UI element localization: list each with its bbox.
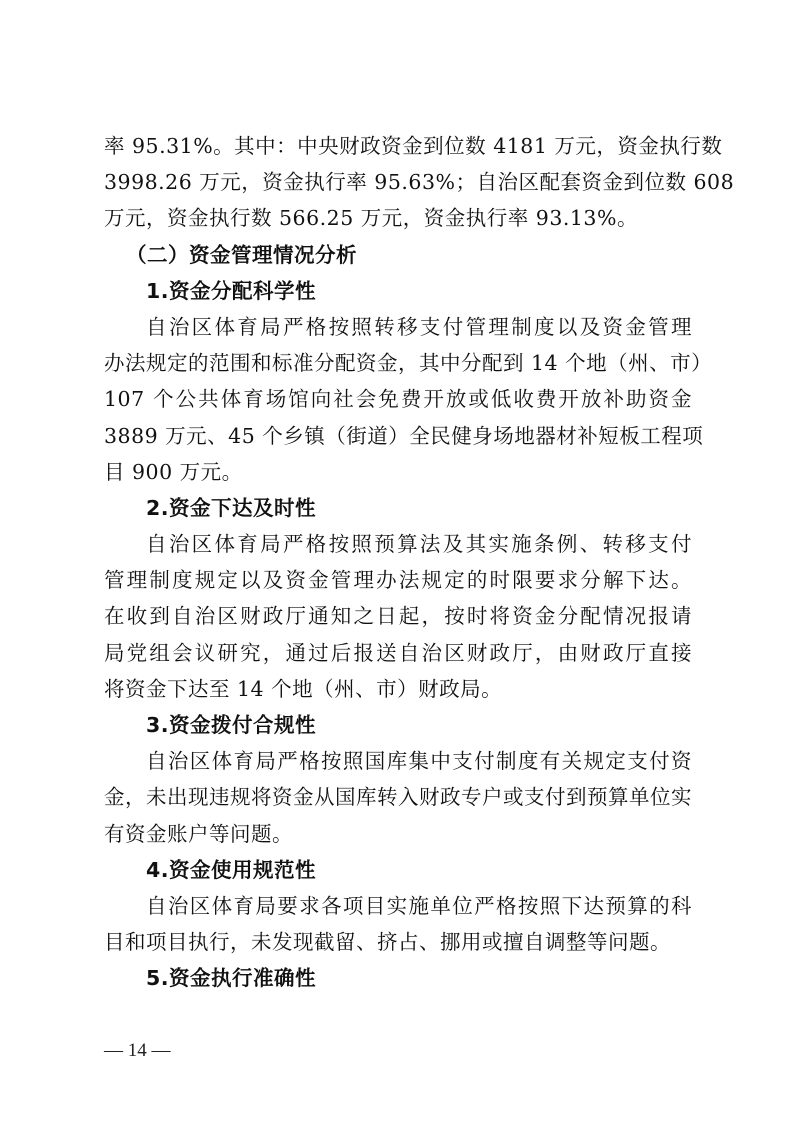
paragraph-line: 目和项目执行，未发现截留、挤占、挪用或擅自调整等问题。 bbox=[104, 924, 692, 960]
paragraph-line: 自治区体育局严格按照转移支付管理制度以及资金管理 bbox=[104, 309, 692, 345]
paragraph-line: 自治区体育局要求各项目实施单位严格按照下达预算的科 bbox=[104, 888, 692, 924]
page-number: — 14 — bbox=[104, 1040, 171, 1062]
paragraph-line: 有资金账户等问题。 bbox=[104, 816, 692, 852]
paragraph-line: 目 900 万元。 bbox=[104, 454, 692, 490]
paragraph-line: 管理制度规定以及资金管理办法规定的时限要求分解下达。 bbox=[104, 562, 692, 598]
subsection-heading-3: 3.资金拨付合规性 bbox=[104, 707, 692, 743]
paragraph-line: 万元，资金执行数 566.25 万元，资金执行率 93.13%。 bbox=[104, 200, 692, 236]
paragraph-line: 3889 万元、45 个乡镇（街道）全民健身场地器材补短板工程项 bbox=[104, 418, 692, 454]
subsection-heading-2: 2.资金下达及时性 bbox=[104, 490, 692, 526]
subsection-heading-5: 5.资金执行准确性 bbox=[104, 960, 692, 996]
paragraph-line: 自治区体育局严格按照国库集中支付制度有关规定支付资 bbox=[104, 743, 692, 779]
paragraph-line: 率 95.31%。其中：中央财政资金到位数 4181 万元，资金执行数 bbox=[104, 128, 692, 164]
section-heading: （二）资金管理情况分析 bbox=[104, 237, 692, 273]
paragraph-line: 局党组会议研究，通过后报送自治区财政厅，由财政厅直接 bbox=[104, 635, 692, 671]
subsection-heading-1: 1.资金分配科学性 bbox=[104, 273, 692, 309]
paragraph-line: 在收到自治区财政厅通知之日起，按时将资金分配情况报请 bbox=[104, 598, 692, 634]
paragraph-line: 自治区体育局严格按照预算法及其实施条例、转移支付 bbox=[104, 526, 692, 562]
paragraph-line: 办法规定的范围和标准分配资金，其中分配到 14 个地（州、市） bbox=[104, 345, 692, 381]
subsection-heading-4: 4.资金使用规范性 bbox=[104, 852, 692, 888]
paragraph-line: 将资金下达至 14 个地（州、市）财政局。 bbox=[104, 671, 692, 707]
document-body: 率 95.31%。其中：中央财政资金到位数 4181 万元，资金执行数 3998… bbox=[104, 128, 692, 997]
paragraph-line: 金，未出现违规将资金从国库转入财政专户或支付到预算单位实 bbox=[104, 779, 692, 815]
paragraph-line: 107 个公共体育场馆向社会免费开放或低收费开放补助资金 bbox=[104, 381, 692, 417]
paragraph-line: 3998.26 万元，资金执行率 95.63%；自治区配套资金到位数 608 bbox=[104, 164, 692, 200]
